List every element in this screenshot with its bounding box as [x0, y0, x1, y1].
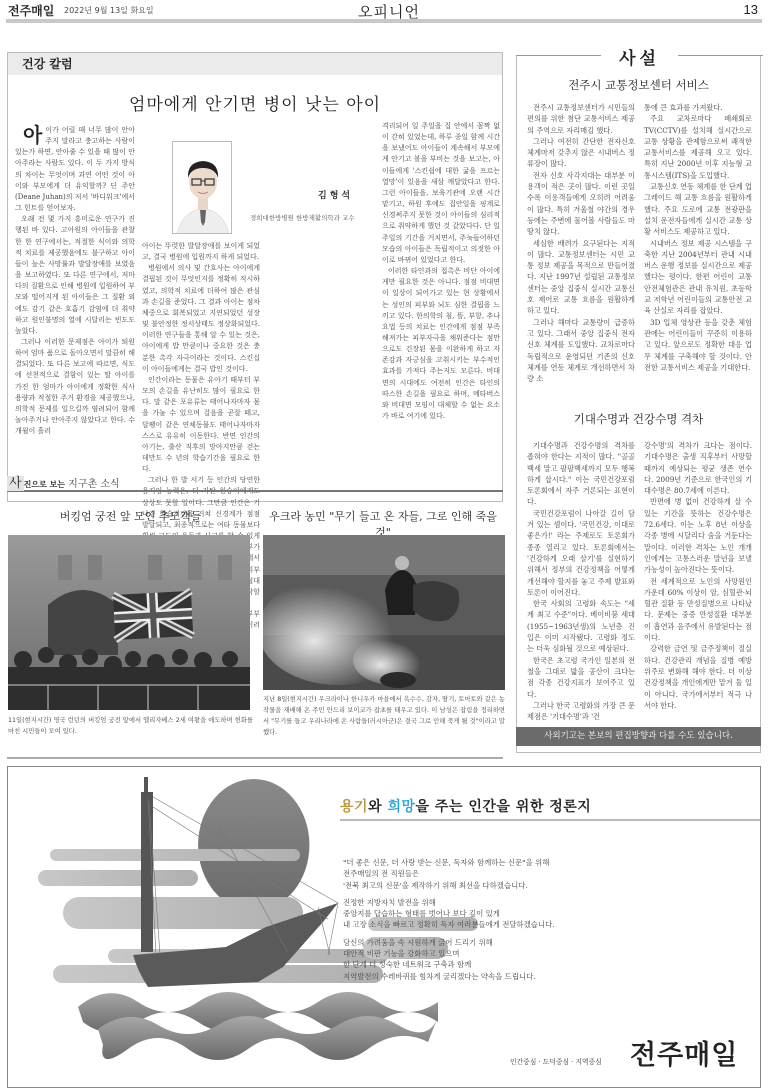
ad-logo: 전주매일: [630, 1033, 738, 1072]
photo-title-1: 버킹엄 궁전 앞 모인 추모객들: [8, 508, 253, 524]
dropcap: 아: [23, 125, 42, 145]
ad-headline-rule: [340, 819, 760, 821]
editorial-title-1: 전주시 교통정보센터 서비스: [517, 77, 760, 93]
editorial-title-2: 기대수명과 건강수명 격차: [517, 411, 760, 427]
ad-paragraph-3: 당신의 가려움을 속 시원하게 긁어 드리기 위해 대안적 비판 기능을 강화하…: [343, 937, 753, 982]
editorial-section: 사설 전주시 교통정보센터 서비스 전주시 교통정보센터가 시민들의 편의를 위…: [516, 56, 761, 753]
ad-body: "더 좋은 신문, 더 사랑 받는 신문, 독자와 함께하는 신문"을 위해 전…: [343, 857, 753, 988]
photo-news-header: 사진으로 보는 지구촌 소식: [7, 472, 503, 492]
newspaper-brand: 전주매일: [8, 2, 54, 19]
ad-headline: 용기와 희망을 주는 인간을 위한 정론지: [340, 796, 591, 816]
column-text-3: 격리되어 일 주일을 집 안에서 꼼짝 없이 갇혀 있었는데, 하루 종일 함께…: [382, 121, 500, 422]
editorial-1-col-2: 통에 큰 효과를 가져왔다. 주요 교차로마다 폐쇄회로TV(CCTV)를 설치…: [644, 102, 752, 373]
masthead: 전주매일 2022년 9월 13일 화요일 오피니언 13: [6, 0, 762, 20]
ukraine-farmer-photo: [263, 535, 505, 690]
page-number: 13: [744, 2, 758, 17]
masthead-rule: [6, 19, 762, 23]
editorial-1-col-1: 전주시 교통정보센터가 시민들의 편의를 위한 첨단 교통서비스 제공의 주역으…: [527, 102, 635, 384]
author-photo: [172, 141, 232, 234]
health-column: 건강 칼럼 엄마에게 안기면 병이 낫는 아이 아이가 어릴 때 너무 많이 안…: [7, 52, 503, 502]
ad-paragraph-1: "더 좋은 신문, 더 사랑 받는 신문, 독자와 함께하는 신문"을 위해 전…: [343, 857, 753, 891]
issue-date: 2022년 9월 13일 화요일: [64, 5, 154, 16]
ad-slogan: 인간중심 · 도덕중심 · 지역중심: [510, 1056, 602, 1066]
ad-paragraph-2: 진정한 지방자치 발전을 위해 중앙지를 답습하는 형태를 벗어나 보다 깊이 …: [343, 897, 753, 931]
editorial-header: 사설: [516, 44, 763, 68]
author-affiliation: 경희대한방병원 한방재활의학과 교수: [250, 213, 355, 222]
column-title: 엄마에게 안기면 병이 낫는 아이: [8, 90, 502, 115]
photo-caption-1: 11일(현지시간) 영국 런던의 버킹엄 궁전 앞에서 엘리자베스 2세 여왕을…: [8, 715, 253, 737]
column-text-1: 아이가 어릴 때 너무 많이 안아주지 말라고 충고하는 사람이 있는가 하면,…: [15, 125, 135, 437]
editorial-2-col-2: 강수명'의 격차가 크다는 점이다. 기대수명은 출생 직후부터 사망할 때까지…: [644, 440, 752, 711]
buckingham-photo: [8, 535, 250, 710]
editorial-2-col-1: 기대수명과 건강수명의 격차를 좁혀야 한다는 지적이 많다. "골골백세 말고…: [527, 440, 635, 722]
photo-caption-2: 지난 8일(현지시간) 우크라이나 한니우카 마을에서 옥수수, 감자, 딸기,…: [263, 694, 505, 738]
disclaimer-banner: 사외기고는 본보의 편집방향과 다를 수도 있습니다.: [516, 727, 761, 746]
column-category: 건강 칼럼: [8, 53, 502, 75]
photo-news-rule: [7, 757, 503, 759]
author-name: 김형석: [318, 188, 353, 201]
